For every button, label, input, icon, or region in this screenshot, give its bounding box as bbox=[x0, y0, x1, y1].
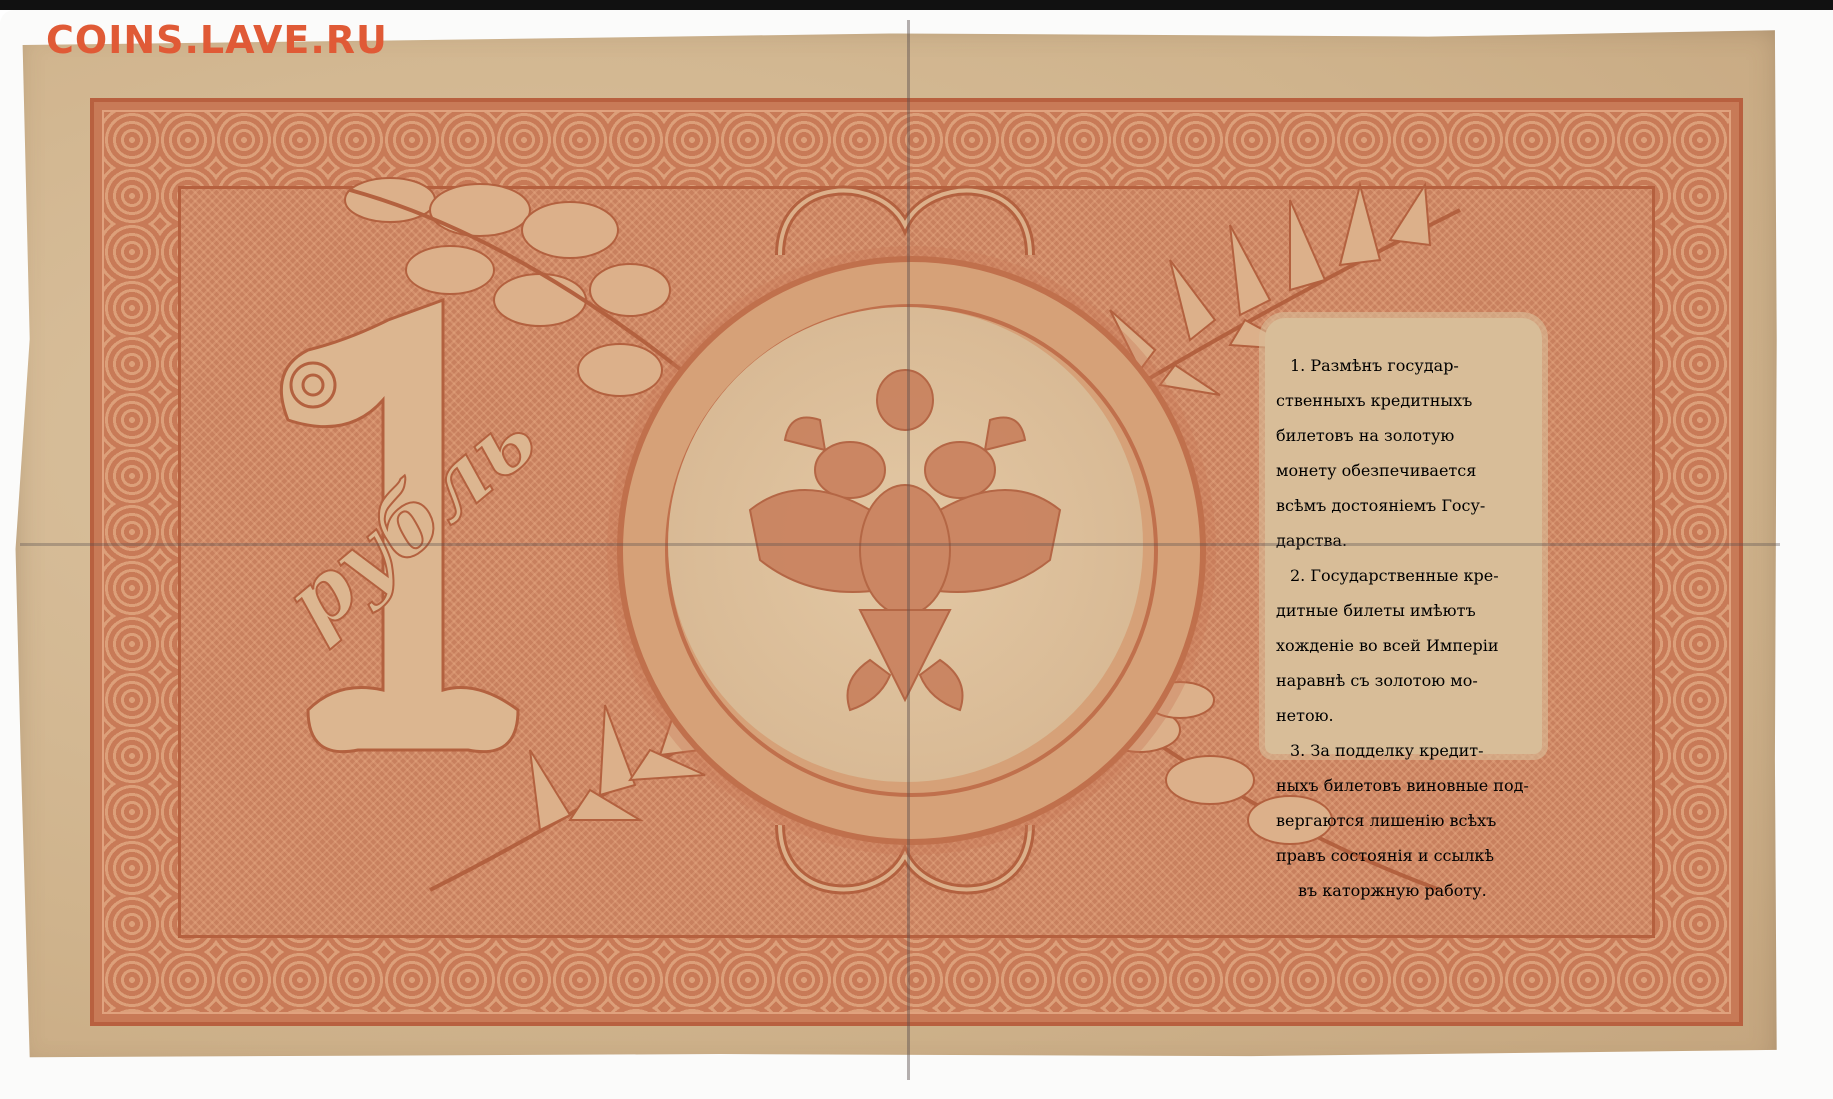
legal-line: 3. За подделку кредит- bbox=[1276, 741, 1538, 760]
legal-line: билетовъ на золотую bbox=[1276, 426, 1538, 445]
legal-line: дарства. bbox=[1276, 531, 1538, 550]
legal-text-block: 1. Размѣнъ государ- ственныхъ кредитныхъ… bbox=[1276, 340, 1538, 916]
legal-line: правъ состоянія и ссылкѣ bbox=[1276, 846, 1538, 865]
legal-line: вергаются лишенію всѣхъ bbox=[1276, 811, 1538, 830]
legal-line: ственныхъ кредитныхъ bbox=[1276, 391, 1538, 410]
legal-line: хожденіе во всей Имперіи bbox=[1276, 636, 1538, 655]
top-edge-bar bbox=[0, 0, 1833, 10]
legal-line: 1. Размѣнъ государ- bbox=[1276, 356, 1538, 375]
site-watermark: COINS.LAVE.RU bbox=[46, 18, 388, 62]
legal-line: ныхъ билетовъ виновные под- bbox=[1276, 776, 1538, 795]
legal-line: монету обезпечивается bbox=[1276, 461, 1538, 480]
legal-line: всѣмъ достояніемъ Госу- bbox=[1276, 496, 1538, 515]
legal-line: 2. Государственные кре- bbox=[1276, 566, 1538, 585]
horizontal-fold-crease bbox=[20, 543, 1780, 546]
legal-line: дитные билеты имѣютъ bbox=[1276, 601, 1538, 620]
vertical-fold-crease bbox=[907, 20, 910, 1080]
legal-line: наравнѣ съ золотою мо- bbox=[1276, 671, 1538, 690]
legal-line: въ каторжную работу. bbox=[1276, 881, 1538, 900]
legal-line: нетою. bbox=[1276, 706, 1538, 725]
